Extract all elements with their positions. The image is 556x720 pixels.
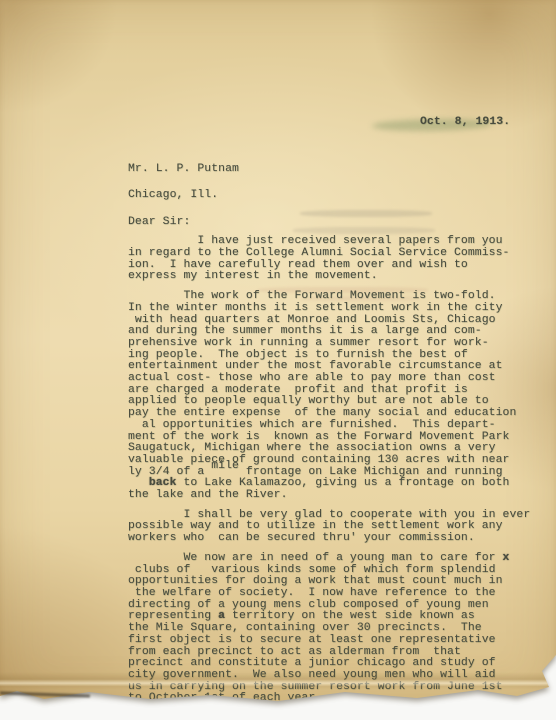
paragraph: I have just received several papers from…	[128, 236, 538, 283]
paragraph: I shall be very glad to cooperate with y…	[128, 510, 538, 545]
letter-body: Mr. L. P. Putnam Chicago, Ill. Dear Sir:…	[128, 164, 538, 713]
scanned-letter-page: Oct. 8, 1913. Mr. L. P. Putnam Chicago, …	[0, 0, 556, 720]
letter-line: workers who can be secured thru' your co…	[128, 533, 538, 545]
paper-shadow-wrap: Oct. 8, 1913. Mr. L. P. Putnam Chicago, …	[0, 0, 556, 720]
recipient-name: Mr. L. P. Putnam	[128, 164, 538, 176]
paragraph: The work of the Forward Movement is two-…	[128, 291, 538, 502]
paragraphs-container: I have just received several papers from…	[128, 236, 538, 705]
paper-crease	[0, 672, 556, 690]
letter-line: express my interest in the movement.	[128, 271, 538, 283]
letter-line: to October 1st of each year.	[128, 693, 538, 705]
salutation: Dear Sir:	[128, 217, 538, 229]
letter-date: Oct. 8, 1913.	[420, 116, 510, 128]
recipient-city: Chicago, Ill.	[128, 190, 538, 202]
letter-paper: Oct. 8, 1913. Mr. L. P. Putnam Chicago, …	[0, 0, 556, 706]
letter-line: the lake and the River.	[128, 490, 538, 502]
